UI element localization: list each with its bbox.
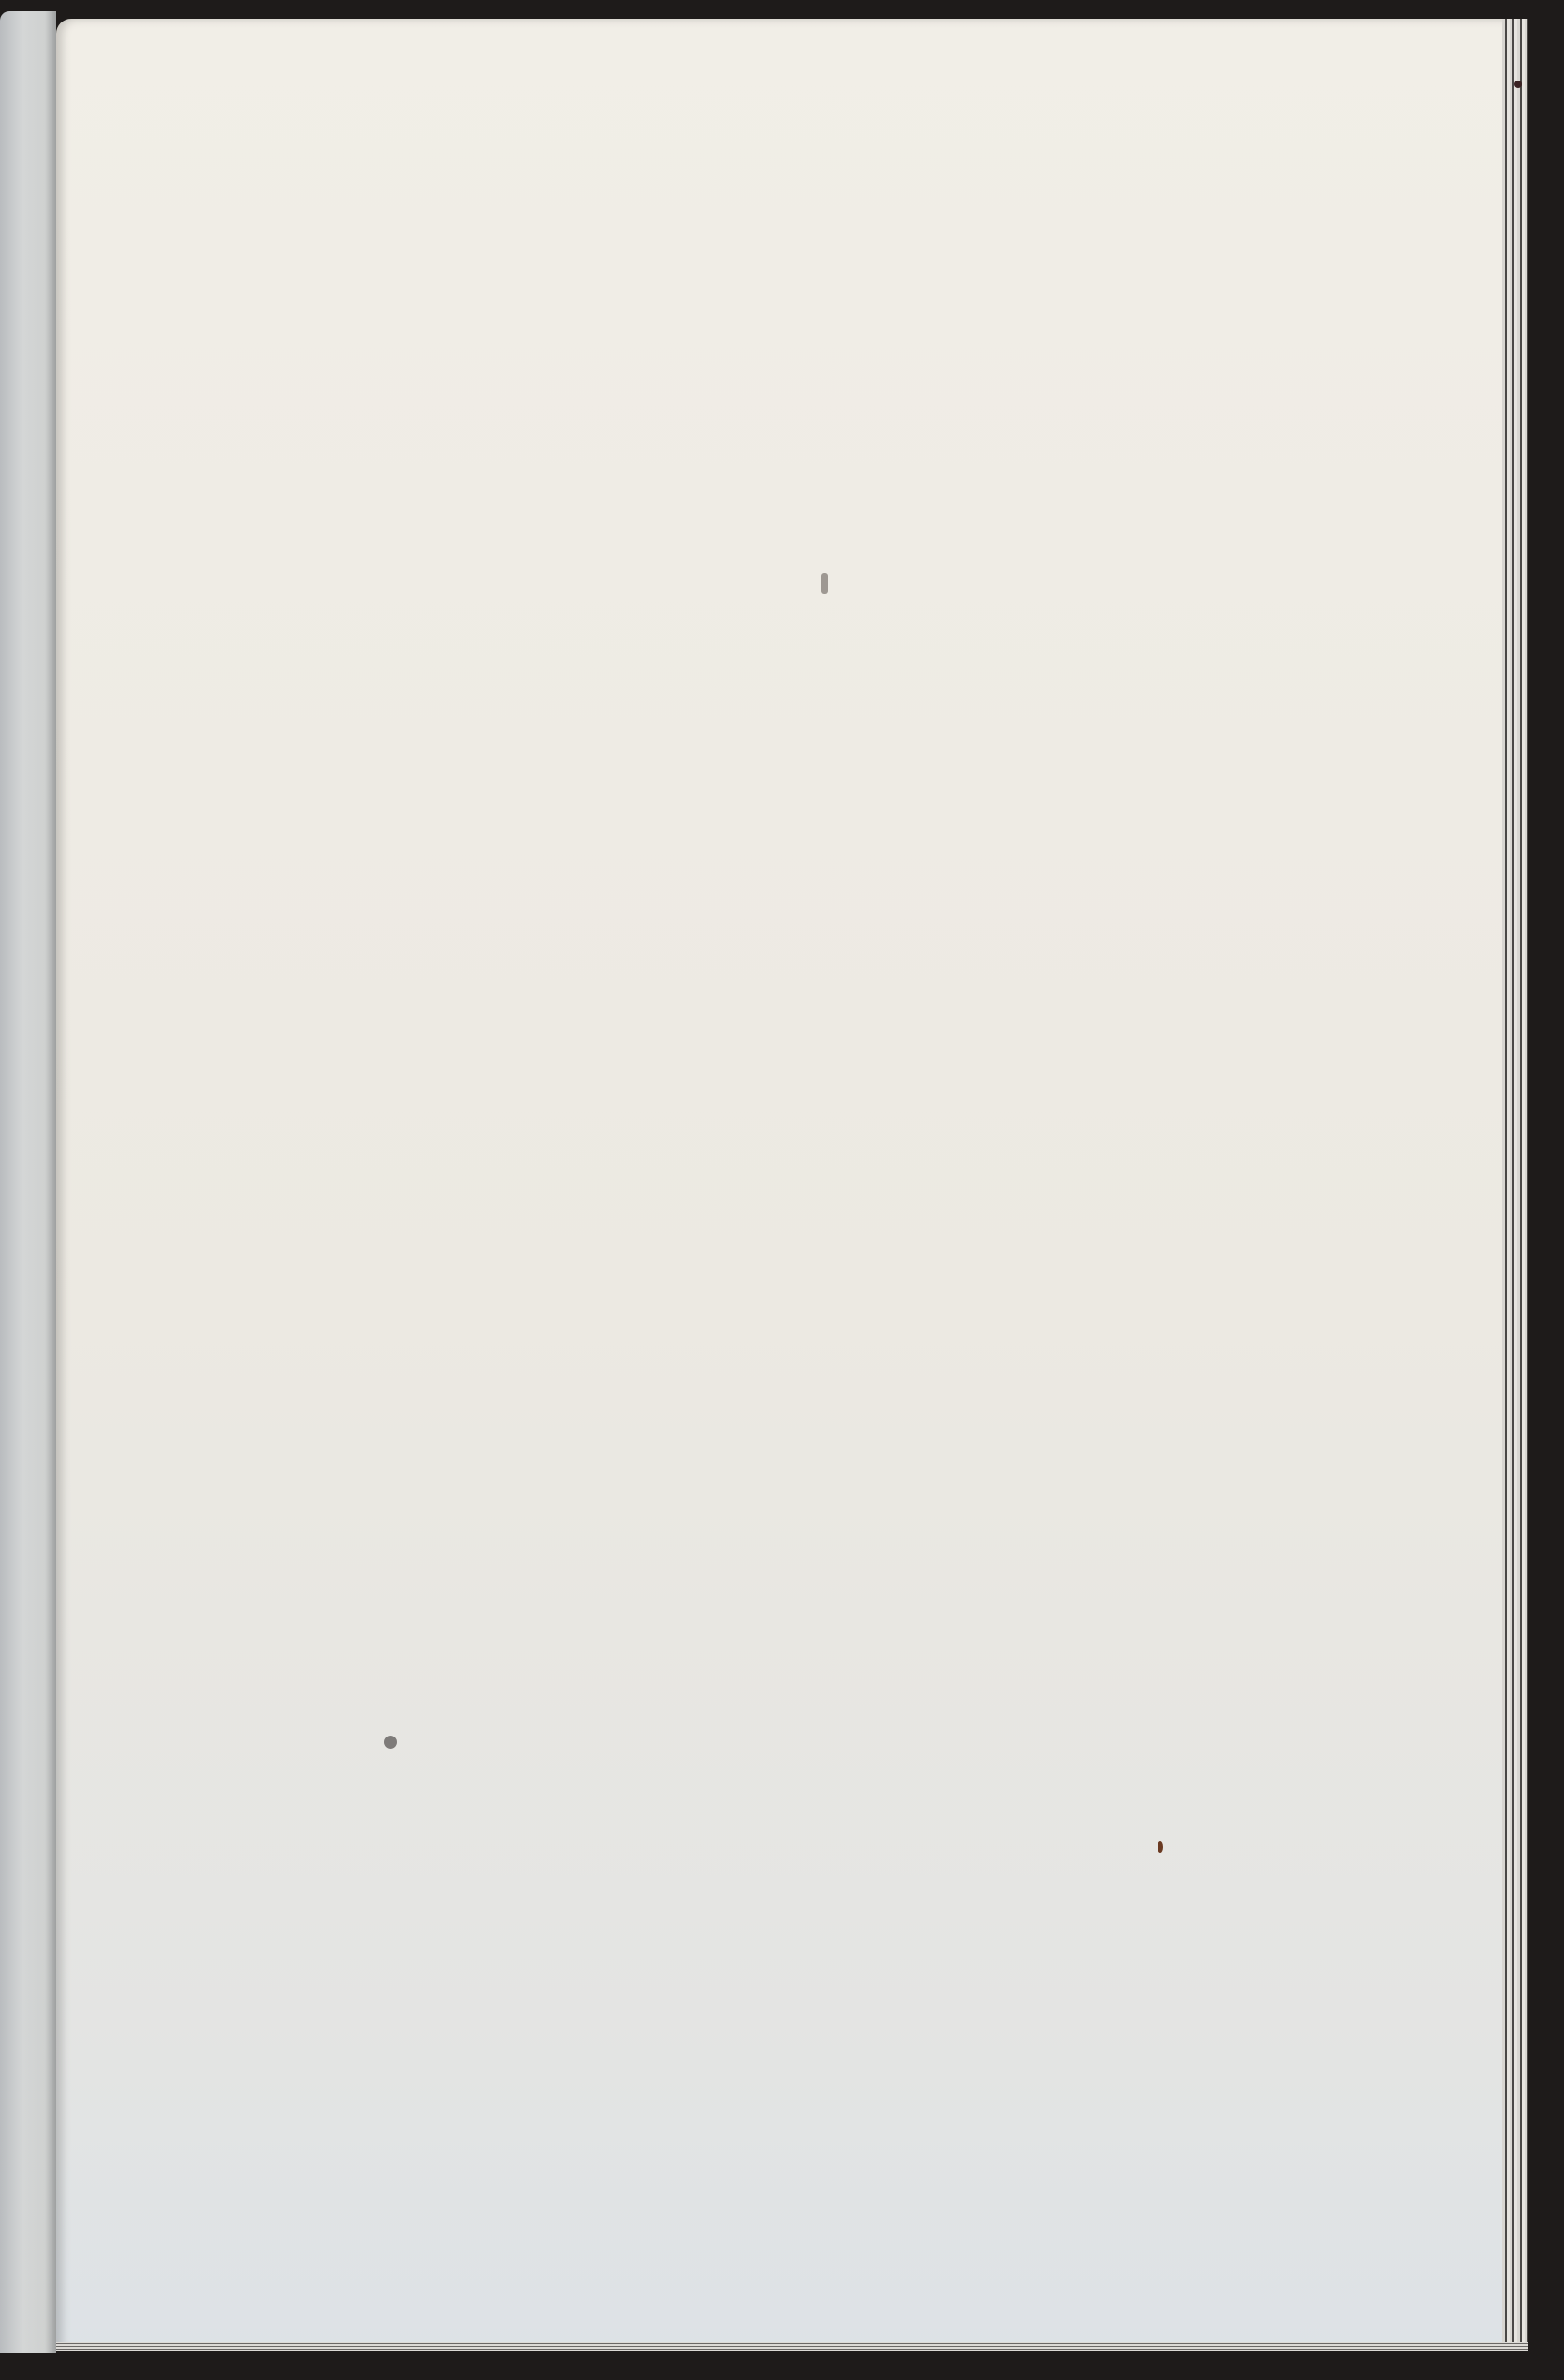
ink-speck bbox=[384, 1736, 397, 1749]
ink-speck bbox=[1158, 1841, 1163, 1853]
ink-speck bbox=[821, 573, 828, 594]
ink-speck bbox=[1514, 81, 1522, 88]
page-header bbox=[581, 120, 1321, 176]
previous-page-leaf bbox=[0, 11, 56, 2353]
page-bottom-edges bbox=[56, 2342, 1528, 2351]
page-edges bbox=[1502, 19, 1528, 2351]
book-page bbox=[56, 19, 1528, 2351]
